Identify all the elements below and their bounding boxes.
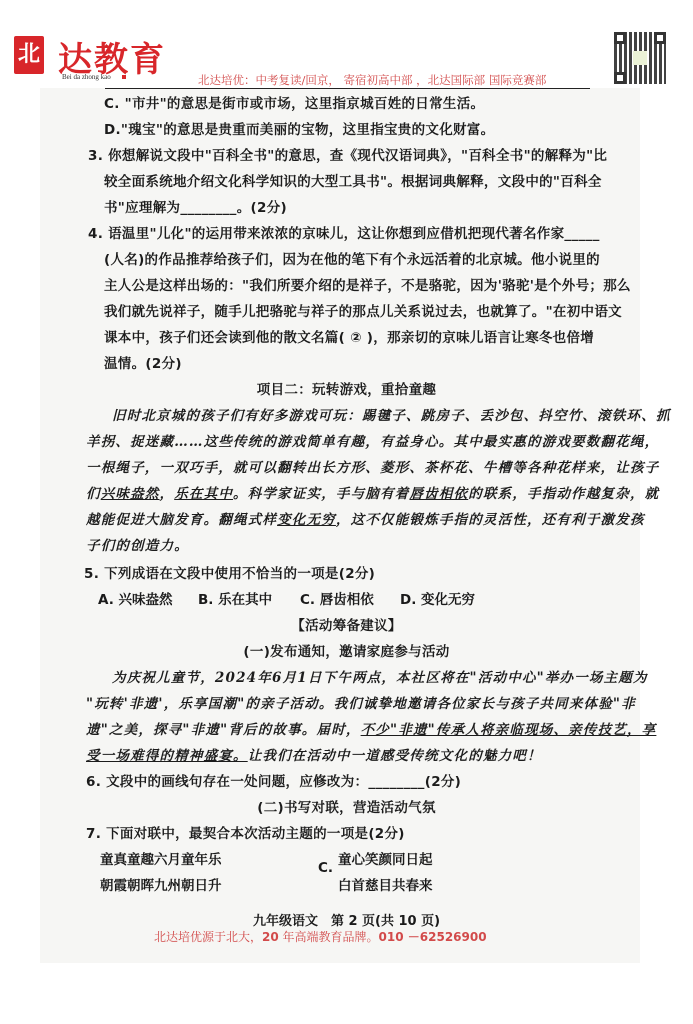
- q5-stem: 5. 下列成语在文段中使用不恰当的一项是(2分): [84, 562, 375, 582]
- passage1-line-2: 羊拐、捉迷藏……这些传统的游戏简单有趣，有益身心。其中最实惠的游戏要数翻花绳，: [86, 430, 659, 450]
- q5-option-a: A. 兴味盎然: [98, 588, 173, 608]
- q5-option-b: B. 乐在其中: [198, 588, 272, 608]
- q7-a-upper: 童真童趣六月童年乐: [100, 848, 222, 868]
- text: 北达培优源于北大，: [154, 930, 262, 944]
- q7-c-lower: 白首慈目共春来: [338, 874, 433, 894]
- logo-dot: [122, 75, 126, 79]
- underlined-sentence: 不少"非遗"传承人将亲临现场、亲传技艺，享: [361, 722, 657, 738]
- phone-number: 010 －62526900: [379, 930, 487, 944]
- q2-option-d: D."瑰宝"的意思是贵重而美丽的宝物，这里指宝贵的文化财富。: [104, 118, 494, 138]
- passage2-line-4: 受一场难得的精神盛宴。让我们在活动中一道感受传统文化的魅力吧！: [86, 744, 542, 764]
- years: 20: [262, 930, 279, 944]
- q4-line-4: 我们就先说祥子，随手儿把骆驼与祥子的那点儿关系说过去，也就算了。"在初中语文: [104, 300, 622, 320]
- q5-option-d: D. 变化无穷: [400, 588, 475, 608]
- activity-title: 【活动筹备建议】: [0, 614, 693, 634]
- section-1-title: (一)发布通知，邀请家庭参与活动: [0, 640, 693, 660]
- idiom-a-underlined: 兴味盎然: [101, 486, 160, 502]
- text: 让我们在活动中一道感受传统文化的魅力吧！: [248, 748, 542, 764]
- q4-line-6: 温情。(2分): [104, 352, 182, 372]
- text: 越能促进大脑发育。翻绳式样: [86, 512, 277, 528]
- section-2-title: (二)书写对联，营造活动气氛: [0, 796, 693, 816]
- passage2-line-1: 为庆祝儿童节，2024年6月1日下午两点，本社区将在"活动中心"举办一场主题为: [112, 666, 648, 686]
- q7-c-label: C.: [318, 860, 333, 876]
- logo-subtitle: Bei da zhong kao: [62, 73, 111, 81]
- q4-line-1: 4. 语温里"儿化"的运用带来浓浓的京味儿，这让你想到应借机把现代著名作家___…: [88, 222, 600, 242]
- passage1-line-3: 一根绳子，一双巧手，就可以翻转出长方形、菱形、茶杯花、牛槽等各种花样来，让孩子: [86, 456, 659, 476]
- passage1-line-5: 越能促进大脑发育。翻绳式样变化无穷，这不仅能锻炼手指的灵活性，还有利于激发孩: [86, 508, 645, 528]
- q4-line-5: 课本中，孩子们还会读到他的散文名篇( ② )，那亲切的京味儿语言让寒冬也倍增: [104, 326, 594, 346]
- q3-line-2: 较全面系统地介绍文化科学知识的大型工具书"。根据词典解释，文段中的"百科全: [104, 170, 602, 190]
- qr-code-icon: [614, 32, 666, 84]
- q7-a-lower: 朝霞朝晖九州朝日升: [100, 874, 222, 894]
- text: 的联系，手指动作越复杂，就: [468, 486, 659, 502]
- header-slogan: 北达培优：中考复读/回京， 寄宿初高中部 ，北达国际部 国际竞赛部: [198, 72, 546, 88]
- logo-mark: 北: [14, 36, 44, 74]
- q3-line-1: 3. 你想解说文段中"百科全书"的意思，查《现代汉语词典》，"百科全书"的解释为…: [88, 144, 607, 164]
- passage2-line-3: 遗"之美，探寻"非遗"背后的故事。届时，不少"非遗"传承人将亲临现场、亲传技艺，…: [86, 718, 656, 738]
- text: 。科学家证实，手与脑有着: [233, 486, 409, 502]
- text: ，: [160, 486, 175, 502]
- page-info: 九年级语文 第 2 页(共 10 页): [0, 910, 693, 929]
- text: 遗"之美，探寻"非遗"背后的故事。届时，: [86, 722, 361, 738]
- idiom-d-underlined: 变化无穷: [277, 512, 336, 528]
- idiom-c-underlined: 唇齿相依: [409, 486, 468, 502]
- project2-title: 项目二：玩转游戏，重拾童趣: [0, 378, 693, 398]
- text: ，这不仅能锻炼手指的灵活性，还有利于激发孩: [336, 512, 645, 528]
- idiom-b-underlined: 乐在其中: [174, 486, 233, 502]
- footer-slogan: 北达培优源于北大，20 年高端教育品牌。010 －62526900: [154, 928, 487, 945]
- q4-line-2: (人名)的作品推荐给孩子们，因为在他的笔下有个永远活着的北京城。他小说里的: [104, 248, 600, 268]
- q7-stem: 7. 下面对联中，最契合本次活动主题的一项是(2分): [86, 822, 405, 842]
- passage1-line-1: 旧时北京城的孩子们有好多游戏可玩：踢毽子、跳房子、丢沙包、抖空竹、滚铁环、抓: [112, 404, 671, 424]
- q2-option-c: C. "市井"的意思是街市或市场，这里指京城百姓的日常生活。: [104, 92, 484, 112]
- text: 年高端教育品牌。: [279, 930, 379, 944]
- passage1-line-6: 子们的创造力。: [86, 534, 189, 554]
- q5-option-c: C. 唇齿相依: [300, 588, 374, 608]
- q4-line-3: 主人公是这样出场的："我们所要介绍的是祥子，不是骆驼，因为'骆驼'是个外号；那么: [104, 274, 631, 294]
- text: 们: [86, 486, 101, 502]
- q7-c-upper: 童心笑颜同日起: [338, 848, 433, 868]
- q6-stem: 6. 文段中的画线句存在一处问题，应修改为：________(2分): [86, 770, 461, 790]
- header-divider: [105, 88, 590, 89]
- underlined-sentence-end: 受一场难得的精神盛宴。: [86, 748, 248, 764]
- passage1-line-4: 们兴味盎然，乐在其中。科学家证实，手与脑有着唇齿相依的联系，手指动作越复杂，就: [86, 482, 659, 502]
- passage2-line-2: "玩转'非遗'，乐享国潮"的亲子活动。我们诚挚地邀请各位家长与孩子共同来体验"非: [86, 692, 636, 712]
- q3-line-3: 书"应理解为________。(2分): [104, 196, 287, 216]
